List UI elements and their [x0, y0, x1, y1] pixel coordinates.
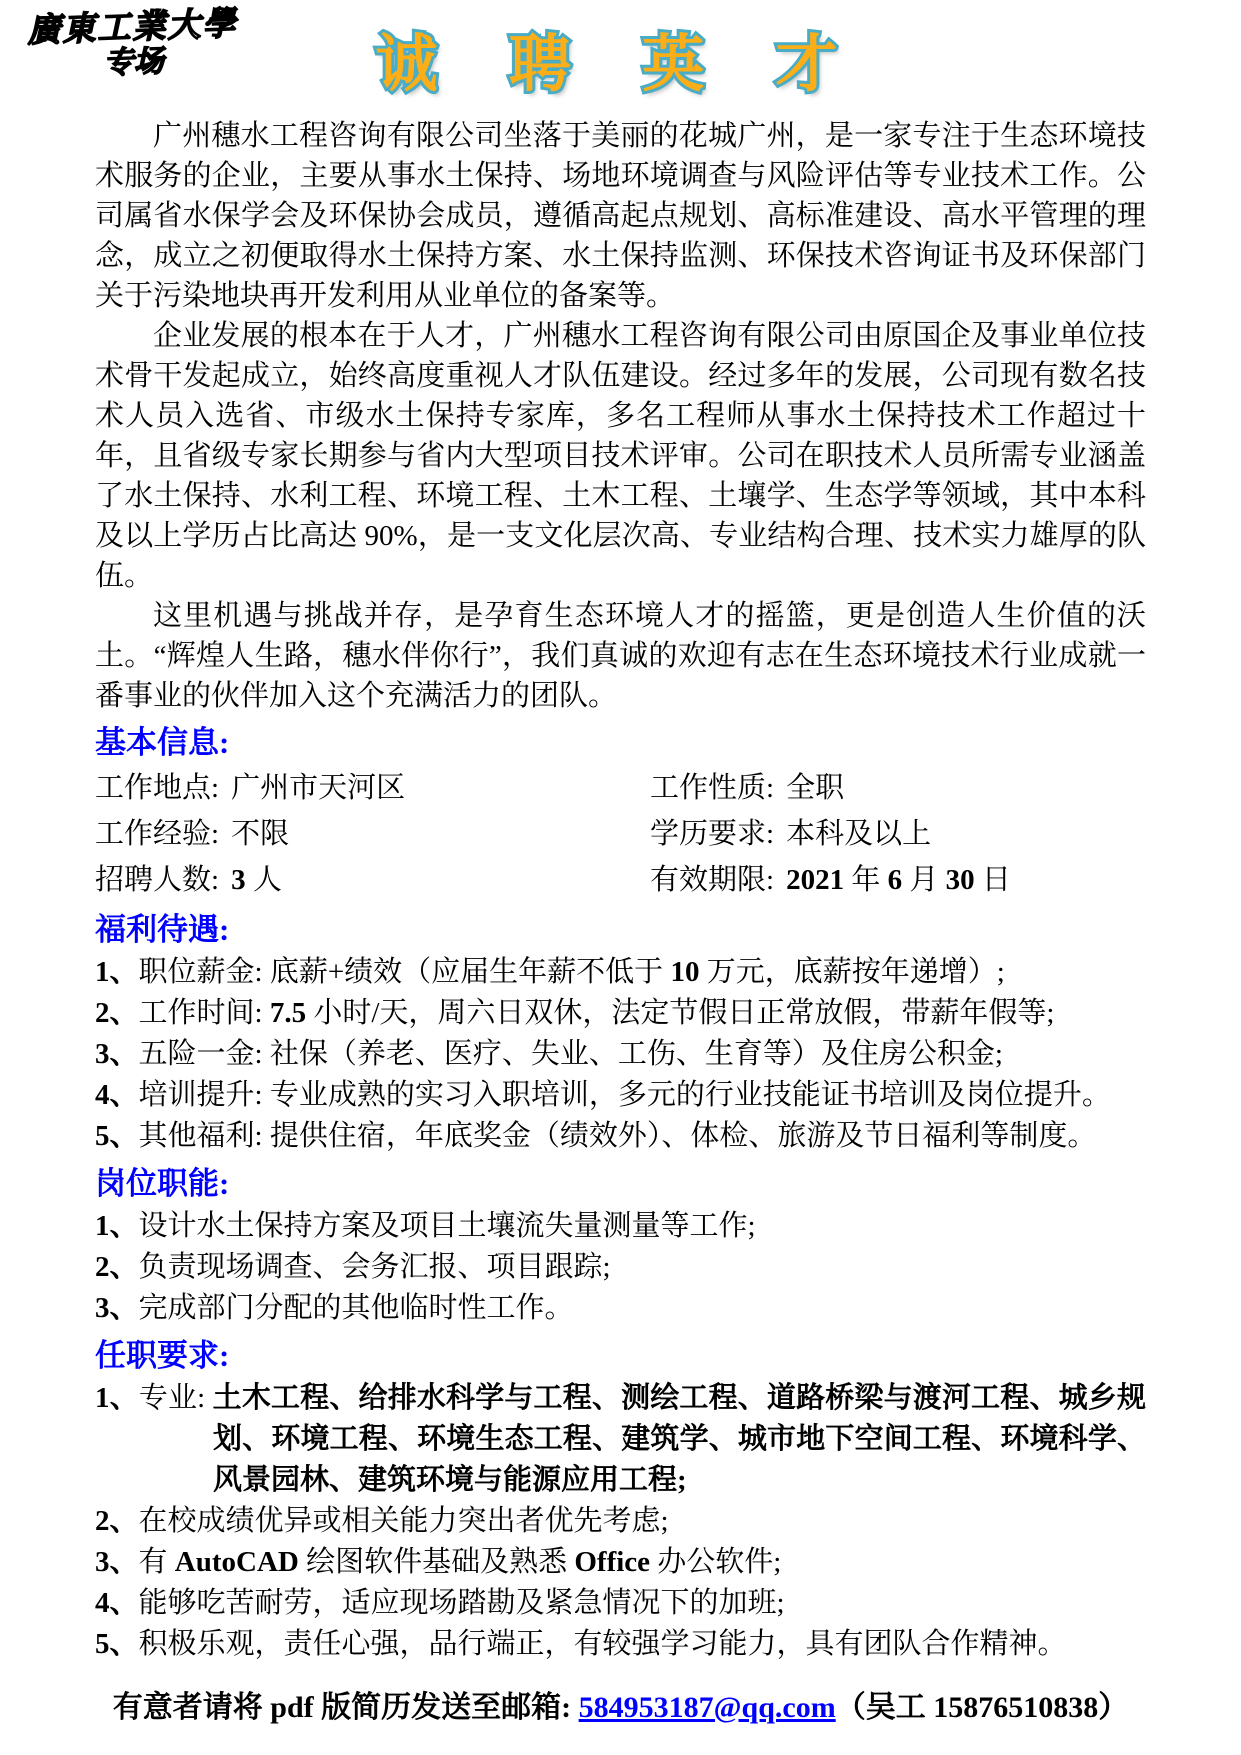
page-title: 诚 聘 英 才 诚 聘 英 才: [95, 14, 1146, 100]
footer-contact-note: 有意者请将 pdf 版简历发送至邮箱: 584953187@qq.com（吴工 …: [95, 1687, 1146, 1729]
field-value: 2021 年 6 月 30 日: [786, 864, 1011, 896]
benefits-list: 1、职位薪金: 底薪+绩效（应届生年薪不低于 10 万元，底薪按年递增）; 2、…: [95, 952, 1146, 1157]
item-number: 2、: [95, 997, 139, 1029]
duties-item-2: 2、负责现场调查、会务汇报、项目跟踪;: [95, 1247, 1146, 1288]
field-label: 工作经验:: [95, 818, 219, 850]
benefits-item-4: 4、培训提升: 专业成熟的实习入职培训，多元的行业技能证书培训及岗位提升。: [95, 1075, 1146, 1116]
item-text: 五险一金: 社保（养老、医疗、失业、工伤、生育等）及住房公积金;: [139, 1038, 1003, 1070]
benefits-item-5: 5、其他福利: 提供住宿，年底奖金（绩效外）、体检、旅游及节日福利等制度。: [95, 1116, 1146, 1157]
field-value: 广州市天河区: [231, 772, 405, 804]
field-value: 3 人: [231, 864, 282, 896]
field-job-type: 工作性质:全职: [650, 765, 1146, 811]
item-text: 负责现场调查、会务汇报、项目跟踪;: [139, 1251, 611, 1283]
footer-suffix: （吴工 15876510838）: [836, 1691, 1129, 1724]
field-label: 招聘人数:: [95, 864, 219, 896]
field-label: 有效期限:: [650, 864, 774, 896]
item-text: 培训提升: 专业成熟的实习入职培训，多元的行业技能证书培训及岗位提升。: [139, 1079, 1111, 1111]
item-number: 3、: [95, 1292, 139, 1324]
item-number: 3、: [95, 1546, 139, 1578]
item-text: 积极乐观，责任心强，品行端正，有较强学习能力，具有团队合作精神。: [139, 1628, 1067, 1660]
company-introduction: 广州穗水工程咨询有限公司坐落于美丽的花城广州，是一家专注于生态环境技术服务的企业…: [95, 116, 1146, 716]
item-number: 1、: [95, 1210, 139, 1242]
item-number: 2、: [95, 1505, 139, 1537]
item-text: 工作时间: 7.5 小时/天，周六日双休，法定节假日正常放假，带薪年假等;: [139, 997, 1055, 1029]
benefits-item-1: 1、职位薪金: 底薪+绩效（应届生年薪不低于 10 万元，底薪按年递增）;: [95, 952, 1146, 993]
field-label: 学历要求:: [650, 818, 774, 850]
item-number: 2、: [95, 1251, 139, 1283]
benefits-item-3: 3、五险一金: 社保（养老、医疗、失业、工伤、生育等）及住房公积金;: [95, 1034, 1146, 1075]
item-number: 5、: [95, 1628, 139, 1660]
requirements-item-2: 2、在校成绩优异或相关能力突出者优先考虑;: [95, 1501, 1146, 1542]
field-headcount: 招聘人数:3 人: [95, 857, 650, 903]
footer-prefix: 有意者请将 pdf 版简历发送至邮箱:: [113, 1691, 579, 1724]
item-text: 完成部门分配的其他临时性工作。: [139, 1292, 574, 1324]
requirements-item-5: 5、积极乐观，责任心强，品行端正，有较强学习能力，具有团队合作精神。: [95, 1624, 1146, 1665]
requirements-list: 1、专业: 土木工程、给排水科学与工程、测绘工程、道路桥梁与渡河工程、城乡规划、…: [95, 1378, 1146, 1665]
requirements-item-1: 1、专业: 土木工程、给排水科学与工程、测绘工程、道路桥梁与渡河工程、城乡规划、…: [95, 1378, 1146, 1501]
item-text: 能够吃苦耐劳，适应现场踏勘及紧急情况下的加班;: [139, 1587, 785, 1619]
page-title-text: 诚 聘 英 才: [95, 14, 1146, 103]
email-link[interactable]: 584953187@qq.com: [579, 1691, 836, 1724]
requirements-item-4: 4、能够吃苦耐劳，适应现场踏勘及紧急情况下的加班;: [95, 1583, 1146, 1624]
section-heading-duties: 岗位职能:: [95, 1162, 1146, 1206]
basic-info-grid: 工作地点:广州市天河区 工作性质:全职 工作经验:不限 学历要求:本科及以上 招…: [95, 765, 1146, 903]
item-text: 其他福利: 提供住宿，年底奖金（绩效外）、体检、旅游及节日福利等制度。: [139, 1120, 1097, 1152]
field-work-experience: 工作经验:不限: [95, 811, 650, 857]
requirements-item-3: 3、有 AutoCAD 绘图软件基础及熟悉 Office 办公软件;: [95, 1542, 1146, 1583]
intro-paragraph-2: 企业发展的根本在于人才，广州穗水工程咨询有限公司由原国企及事业单位技术骨干发起成…: [95, 316, 1146, 596]
field-label: 工作地点:: [95, 772, 219, 804]
field-valid-until: 有效期限:2021 年 6 月 30 日: [650, 857, 1146, 903]
field-value: 不限: [231, 818, 289, 850]
field-label: 工作性质:: [650, 772, 774, 804]
item-number: 4、: [95, 1587, 139, 1619]
item-text: 专业: 土木工程、给排水科学与工程、测绘工程、道路桥梁与渡河工程、城乡规划、环境…: [139, 1382, 1146, 1496]
item-number: 4、: [95, 1079, 139, 1111]
item-number: 1、: [95, 956, 139, 988]
field-value: 本科及以上: [786, 818, 931, 850]
recruitment-flyer-page: 廣東工業大學 专场 诚 聘 英 才 诚 聘 英 才 广州穗水工程咨询有限公司坐落…: [0, 0, 1241, 1755]
duties-list: 1、设计水土保持方案及项目土壤流失量测量等工作; 2、负责现场调查、会务汇报、项…: [95, 1206, 1146, 1329]
intro-paragraph-1: 广州穗水工程咨询有限公司坐落于美丽的花城广州，是一家专注于生态环境技术服务的企业…: [95, 116, 1146, 316]
duties-item-3: 3、完成部门分配的其他临时性工作。: [95, 1288, 1146, 1329]
item-text: 职位薪金: 底薪+绩效（应届生年薪不低于 10 万元，底薪按年递增）;: [139, 956, 1005, 988]
item-number: 3、: [95, 1038, 139, 1070]
item-text: 有 AutoCAD 绘图软件基础及熟悉 Office 办公软件;: [139, 1546, 782, 1578]
section-heading-requirements: 任职要求:: [95, 1334, 1146, 1378]
field-education-requirement: 学历要求:本科及以上: [650, 811, 1146, 857]
item-text: 设计水土保持方案及项目土壤流失量测量等工作;: [139, 1210, 756, 1242]
intro-paragraph-3: 这里机遇与挑战并存，是孕育生态环境人才的摇篮，更是创造人生价值的沃土。“辉煌人生…: [95, 596, 1146, 716]
item-text: 在校成绩优异或相关能力突出者优先考虑;: [139, 1505, 669, 1537]
field-work-location: 工作地点:广州市天河区: [95, 765, 650, 811]
benefits-item-2: 2、工作时间: 7.5 小时/天，周六日双休，法定节假日正常放假，带薪年假等;: [95, 993, 1146, 1034]
field-value: 全职: [786, 772, 844, 804]
item-number: 1、: [95, 1382, 139, 1414]
item-number: 5、: [95, 1120, 139, 1152]
duties-item-1: 1、设计水土保持方案及项目土壤流失量测量等工作;: [95, 1206, 1146, 1247]
section-heading-benefits: 福利待遇:: [95, 908, 1146, 952]
section-heading-basic-info: 基本信息:: [95, 721, 1146, 765]
